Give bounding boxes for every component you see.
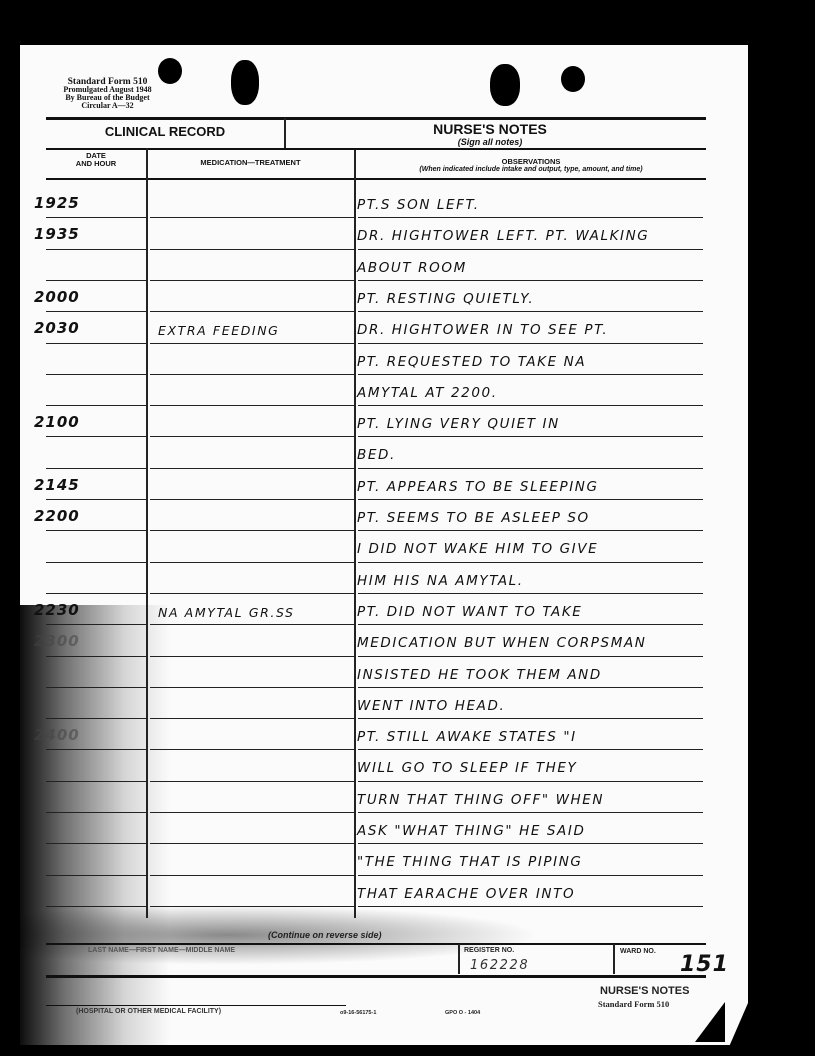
row-rule-date [46,656,146,657]
circular-line: Circular A—32 [50,102,165,110]
title-divider [284,118,286,148]
row-rule-medication [150,781,354,782]
ward-value: 151 [680,952,729,977]
row-rule-observation [358,249,703,250]
row-rule-medication [150,280,354,281]
row-rule-observation [358,624,703,625]
row-rule-medication [150,593,354,594]
row-rule-date [46,562,146,563]
row-rule-observation [358,875,703,876]
row-rule-medication [150,843,354,844]
entry-time: 2200 [34,507,80,525]
folded-corner [695,1002,725,1042]
form-identifier: Standard Form 510 Promulgated August 194… [50,78,165,110]
row-rule-date [46,812,146,813]
continue-note: (Continue on reverse side) [268,930,382,940]
row-rule-observation [358,687,703,688]
row-rule-observation [358,718,703,719]
row-rule-medication [150,812,354,813]
row-rule-medication [150,249,354,250]
entry-observation: went into head. [357,698,505,714]
entry-time: 2145 [34,476,80,494]
row-rule-medication [150,436,354,437]
entry-observation: will go to sleep if they [357,760,577,776]
row-rule-medication [150,499,354,500]
row-rule-medication [150,687,354,688]
row-rule-date [46,781,146,782]
entry-time: 1935 [34,225,80,243]
row-rule-date [46,687,146,688]
row-rule-medication [150,217,354,218]
entry-observation: Pt. lying very quiet in [357,416,560,432]
row-rule-medication [150,374,354,375]
facility-label: (HOSPITAL OR OTHER MEDICAL FACILITY) [76,1008,221,1015]
header-bottom-rule [46,178,706,180]
punch-hole-2 [231,60,259,105]
row-rule-date [46,843,146,844]
row-rule-medication [150,468,354,469]
row-rule-observation [358,280,703,281]
entry-observation: about room [357,260,467,276]
print-code: o9-16-56175-1 [340,1010,376,1016]
entry-observation: bed. [357,447,396,463]
entry-time: 1925 [34,194,80,212]
entry-time: 2100 [34,413,80,431]
footer-form-title: NURSE'S NOTES [600,985,689,997]
row-rule-date [46,280,146,281]
row-rule-observation [358,562,703,563]
entry-medication: Extra feeding [158,323,279,338]
medication-header: MEDICATION—TREATMENT [148,158,353,167]
row-rule-date [46,499,146,500]
entry-observation: "The thing that is piping [357,854,583,870]
row-rule-date [46,875,146,876]
entry-observation: I did not wake him to give [357,541,598,557]
clinical-record-title: CLINICAL RECORD [46,124,284,139]
row-rule-medication [150,562,354,563]
row-rule-medication [150,343,354,344]
register-value: 162228 [470,958,529,973]
column-divider-1 [146,148,148,918]
title-bottom-rule [46,148,706,150]
entry-observation: Pt. resting quietly. [357,291,534,307]
footer-mid-rule [46,975,706,978]
row-rule-observation [358,749,703,750]
row-rule-date [46,718,146,719]
register-divider [458,944,460,974]
row-rule-medication [150,405,354,406]
gpo-code: GPO O - 1404 [445,1010,480,1016]
row-rule-observation [358,311,703,312]
row-rule-medication [150,875,354,876]
entry-time: 2000 [34,288,80,306]
column-divider-2 [354,150,356,918]
row-rule-date [46,749,146,750]
nurses-notes-title: NURSE'S NOTES [380,121,600,137]
punch-hole-4 [561,66,585,92]
row-rule-observation [358,843,703,844]
row-rule-medication [150,530,354,531]
footer-top-rule [46,943,706,945]
entry-observation: insisted he took them and [357,667,602,683]
row-rule-observation [358,405,703,406]
ward-label: WARD NO. [620,948,656,955]
row-rule-date [46,374,146,375]
punch-hole-3 [490,64,520,106]
entry-observation: Pt.s son left. [357,197,480,213]
row-rule-observation [358,656,703,657]
entry-observation: turn that thing off" when [357,792,604,808]
row-rule-observation [358,343,703,344]
entry-observation: Dr. Hightower in to see Pt. [357,322,608,338]
row-rule-medication [150,718,354,719]
entry-observation: Pt. appears to be sleeping [357,479,599,495]
row-rule-medication [150,311,354,312]
observations-note: (When indicated include intake and outpu… [356,166,706,173]
row-rule-observation [358,812,703,813]
row-rule-observation [358,468,703,469]
sign-all-notes: (Sign all notes) [380,137,600,147]
row-rule-observation [358,436,703,437]
entry-observation: Pt. did not want to take [357,604,582,620]
row-rule-date [46,311,146,312]
row-rule-medication [150,656,354,657]
row-rule-date [46,343,146,344]
entry-time: 2300 [34,632,80,650]
date-hour-header: DATE AND HOUR [46,152,146,168]
row-rule-date [46,217,146,218]
row-rule-observation [358,530,703,531]
row-rule-medication [150,749,354,750]
observations-header: OBSERVATIONS [356,157,706,166]
row-rule-observation [358,781,703,782]
row-rule-date [46,249,146,250]
entry-medication: Na amytal gr.ss [158,605,295,620]
row-rule-date [46,906,146,907]
row-rule-observation [358,906,703,907]
entry-time: 2400 [34,726,80,744]
row-rule-observation [358,593,703,594]
entry-observation: Dr. Hightower left. Pt. walking [357,228,649,244]
entry-time: 2030 [34,319,80,337]
entry-observation: him his Na amytal. [357,573,524,589]
entry-observation: medication but when corpsman [357,635,647,651]
entry-observation: Pt. seems to be asleep so [357,510,590,526]
patient-name-label: LAST NAME—FIRST NAME—MIDDLE NAME [88,947,235,954]
row-rule-medication [150,906,354,907]
footer-form-number: Standard Form 510 [598,999,669,1009]
row-rule-date [46,530,146,531]
ward-divider [613,944,615,974]
row-rule-date [46,405,146,406]
entry-observation: Pt. requested to take Na [357,354,586,370]
row-rule-date [46,624,146,625]
entry-observation: Amytal at 2200. [357,385,498,401]
entry-observation: Pt. still awake states "I [357,729,577,745]
row-rule-observation [358,217,703,218]
entry-time: 2230 [34,601,80,619]
row-rule-date [46,468,146,469]
facility-rule [46,1005,346,1006]
row-rule-observation [358,499,703,500]
entry-observation: that earache over into [357,886,575,902]
row-rule-date [46,593,146,594]
row-rule-medication [150,624,354,625]
entry-observation: ask "what thing" he said [357,823,585,839]
row-rule-observation [358,374,703,375]
title-top-rule [46,117,706,120]
register-label: REGISTER NO. [464,947,514,954]
row-rule-date [46,436,146,437]
